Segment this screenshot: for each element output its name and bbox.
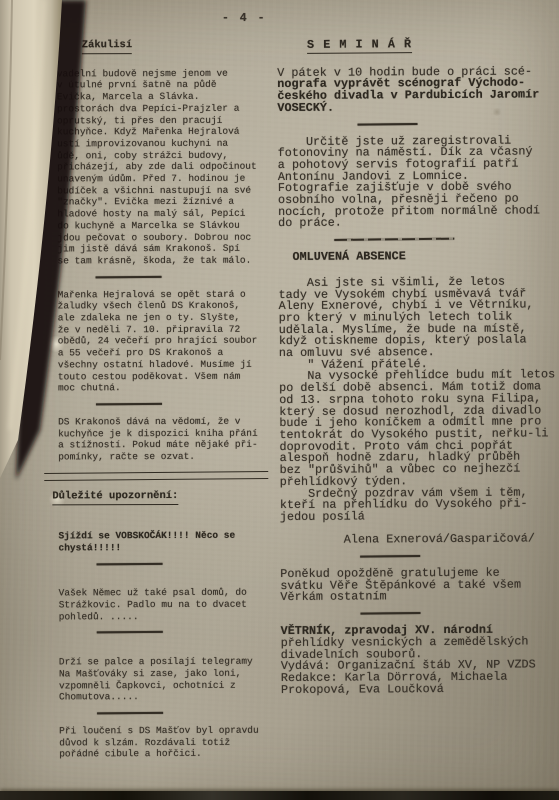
text-line: do práce. <box>278 217 554 230</box>
text-line: ale zdaleka ne jen o ty. Slyšte, <box>58 312 272 324</box>
paragraph: Mařenka Hejralová se opět stará ožaludky… <box>58 288 272 394</box>
paragraph: Při loučení s DS Mašťov byl opravdudůvod… <box>59 725 273 761</box>
section-heading: S E M I N Á Ř <box>307 39 412 53</box>
text-line: Věrkám ostatním <box>280 591 556 604</box>
text-line: obědů, 24 večeří pro hrající soubor <box>58 335 272 347</box>
paragraph: Sjíždí se VOBSKOČÁK!!!! Něco sechystá!!!… <box>58 518 272 554</box>
text-line: moc chutná. <box>58 382 272 394</box>
paragraph: DS Krakonoš dává na vědomí, že vkuchyňce… <box>58 416 272 464</box>
text-line: vzpomněli Čapkovci, ochotníci z <box>59 679 273 691</box>
text-line: pořádné cibule a hořčici. <box>59 748 273 760</box>
section-divider <box>97 562 163 565</box>
paragraph: Poněkud opožděně gratulujeme kesvátku Vě… <box>280 567 556 604</box>
section-divider <box>96 403 162 406</box>
text-line: VOSECKÝ. <box>277 101 553 114</box>
text-line: vadelní budově nejsme jenom ve <box>57 67 271 79</box>
section-heading: Zákulisí <box>82 40 132 54</box>
text-line: Při loučení s DS Mašťov byl opravdu <box>59 725 273 737</box>
curl-fold-line <box>0 0 12 360</box>
text-line <box>59 644 273 656</box>
text-line: Prokopová, Eva Loučková <box>281 683 557 696</box>
text-line: Strážkovic. Padlo mu na to dvacet <box>59 599 273 611</box>
section-divider <box>96 275 162 278</box>
text-line: v útulné první šatně na půdě <box>57 79 271 91</box>
paragraph: vadelní budově nejsme jenom vev útulné p… <box>57 67 272 267</box>
text-line: "značky". Evička mezi žíznivé a <box>57 196 271 208</box>
text-line: Chomutova..... <box>59 691 273 703</box>
text-line: ůdě, oni, coby strážci budovy, <box>57 149 271 161</box>
text-line: jim jistě dává sám Krakonoš. Spí <box>57 243 271 255</box>
text-line: všechny ostatní hladové. Musíme jí <box>58 359 272 371</box>
text-line: oprutský, ti přes den pracují <box>57 114 271 126</box>
text-line: pomínky, račte se ozvat. <box>58 451 272 463</box>
text-line: kuchyňce. Když Mařenka Hejralová <box>57 126 271 138</box>
text-line: že v neděli 7. 10. připravila 72 <box>58 323 272 335</box>
text-line: prostorách dva Pepíci-Prajzler a <box>57 102 271 114</box>
page-number: - 4 - <box>222 12 267 25</box>
text-line: Evička, Marcela a Slávka. <box>57 91 271 103</box>
paragraph: Asi jste si všimli, že letostady ve Vyso… <box>278 276 556 547</box>
text-line: pohledů. ..... <box>59 610 273 622</box>
column-left: Zákulisívadelní budově nejsme jenom vev … <box>57 40 274 770</box>
paragraph: V pátek v 10 hodin bude o práci scé-nogr… <box>277 66 553 114</box>
text-line: chystá!!!!! <box>58 542 272 554</box>
curl-page <box>0 0 62 478</box>
section-divider <box>360 555 420 558</box>
text-line: do kuchyně a Marcelka se Slávkou <box>57 219 271 231</box>
curl-highlight <box>10 0 44 430</box>
text-line: ustí improvizovanou kuchyni na <box>57 138 271 150</box>
section-heading: Důležité upozornění: <box>52 491 178 505</box>
bottom-page-edge <box>0 791 559 800</box>
text-line: Mařenka Hejralová se opět stará o <box>58 288 272 300</box>
section-heading: OMLUVENÁ ABSENCE <box>278 250 554 263</box>
section-divider <box>334 238 454 241</box>
section-divider <box>97 631 163 634</box>
text-line: Sjíždí se VOBSKOČÁK!!!! Něco se <box>58 530 272 542</box>
text-line: a stížností. Pokud máte nějaké při- <box>58 439 272 451</box>
text-line: žaludky všech členů DS Krakonoš, <box>58 300 272 312</box>
paragraph: Drží se palce a posílají telegramyNa Maš… <box>59 644 273 703</box>
section-divider <box>97 712 163 715</box>
text-line: jdou pečovat o soubory. Dobrou noc <box>57 231 271 243</box>
section-divider <box>44 471 268 481</box>
text-line: přicházejí, aby zde dali odpočinout <box>57 161 271 173</box>
text-line: Vašek Němec už také psal domů, do <box>59 587 273 599</box>
paragraph: Určitě jste už zaregistrovalifotonoviny … <box>278 135 555 230</box>
scanned-page-photo: - 4 - Zákulisívadelní budově nejsme jeno… <box>0 0 559 800</box>
text-line: Drží se palce a posílají telegramy <box>59 656 273 668</box>
text-line: důvod k slzám. Rozdávali totiž <box>59 736 273 748</box>
text-line: budíček a všichni nastupují na své <box>57 184 271 196</box>
text-line: Na Mašťováky si zase, jako loni, <box>59 667 273 679</box>
text-line: Alena Exnerová/Gasparičová/ <box>280 534 556 547</box>
text-line: a 55 večeří pro DS Krakonoš a <box>58 347 272 359</box>
text-line: kuchyňce je k dispozici kniha přání <box>58 427 272 439</box>
text-line: DS Krakonoš dává na vědomí, že v <box>58 416 272 428</box>
text-line: touto cestou poděkovat. Všem nám <box>58 370 272 382</box>
text-line: hladové hosty na malý sál, Pepíci <box>57 208 271 220</box>
section-divider <box>360 612 420 615</box>
column-right: S E M I N Á ŘV pátek v 10 hodin bude o p… <box>277 38 557 705</box>
paragraph: VĚTRNÍK, zpravodaj XV. národnípřehlídky … <box>281 624 557 696</box>
text-line: unaveným údům. Před 7. hodinou je <box>57 173 271 185</box>
text-line <box>58 518 272 530</box>
text-line <box>59 575 273 587</box>
text-line: se tam krásně, škoda, že tak málo. <box>57 255 271 267</box>
section-divider <box>358 123 418 126</box>
paragraph: Vašek Němec už také psal domů, doStrážko… <box>59 575 273 623</box>
